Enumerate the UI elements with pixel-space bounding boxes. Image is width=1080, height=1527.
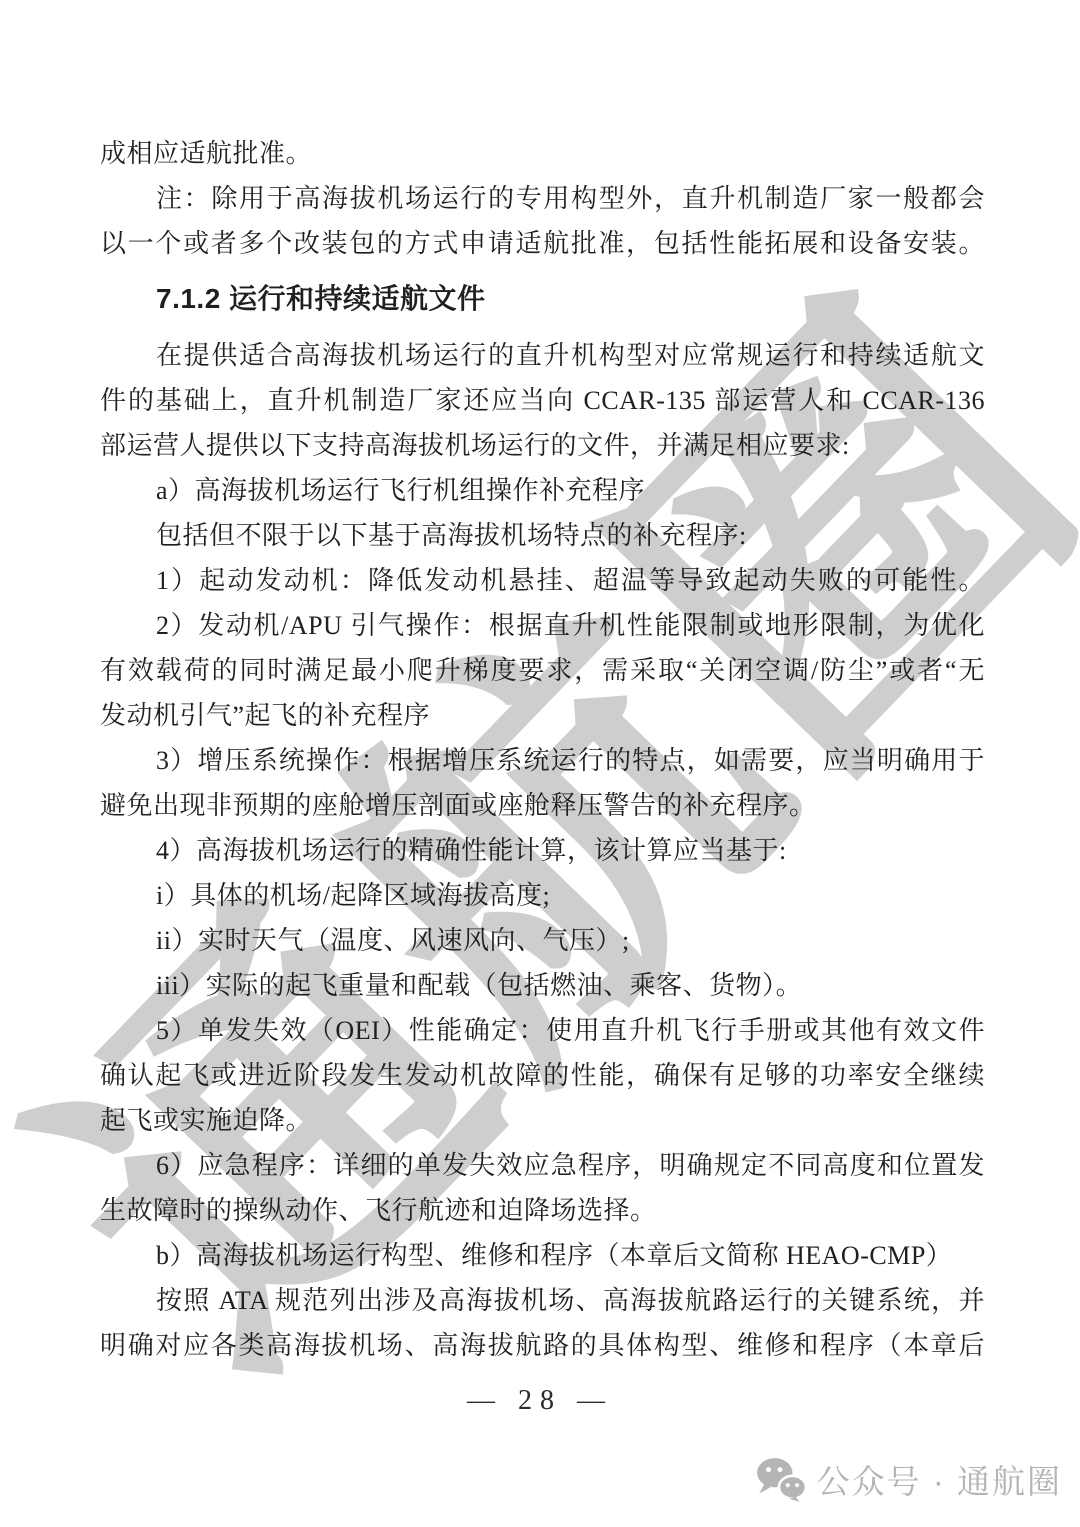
text-line: 注：除用于高海拔机场运行的专用构型外，直升机制造厂家一般都会 <box>100 176 985 221</box>
text-line: 包括但不限于以下基于高海拔机场特点的补充程序: <box>100 513 985 558</box>
text-line: i）具体的机场/起降区域海拔高度; <box>100 873 985 918</box>
footer-label: 公众号 · 通航圈 <box>817 1456 1062 1503</box>
text-line: 5）单发失效（OEI）性能确定：使用直升机飞行手册或其他有效文件 <box>100 1008 985 1053</box>
document-page: 通航圈 成相应适航批准。注：除用于高海拔机场运行的专用构型外，直升机制造厂家一般… <box>0 0 1080 1527</box>
text-line: 1）起动发动机：降低发动机悬挂、超温等导致起动失败的可能性。 <box>100 558 985 603</box>
text-line: iii）实际的起飞重量和配载（包括燃油、乘客、货物）。 <box>100 963 985 1008</box>
text-line: 有效载荷的同时满足最小爬升梯度要求，需采取“关闭空调/防尘”或者“无 <box>100 648 985 693</box>
text-line: 4）高海拔机场运行的精确性能计算，该计算应当基于: <box>100 828 985 873</box>
text-line: 发动机引气”起飞的补充程序 <box>100 693 985 738</box>
document-body: 成相应适航批准。注：除用于高海拔机场运行的专用构型外，直升机制造厂家一般都会以一… <box>100 131 985 1368</box>
text-line: 2）发动机/APU 引气操作：根据直升机性能限制或地形限制，为优化 <box>100 603 985 648</box>
page-number: — 28 — <box>0 1385 1080 1417</box>
footer-brand: 公众号 · 通航圈 <box>755 1456 1062 1503</box>
text-line: 部运营人提供以下支持高海拔机场运行的文件，并满足相应要求: <box>100 423 985 468</box>
wechat-icon <box>755 1457 807 1503</box>
text-line: a）高海拔机场运行飞行机组操作补充程序 <box>100 468 985 513</box>
text-line: 件的基础上，直升机制造厂家还应当向 CCAR-135 部运营人和 CCAR-13… <box>100 378 985 423</box>
text-line: 按照 ATA 规范列出涉及高海拔机场、高海拔航路运行的关键系统，并 <box>100 1278 985 1323</box>
text-line: 在提供适合高海拔机场运行的直升机构型对应常规运行和持续适航文 <box>100 333 985 378</box>
text-line: 避免出现非预期的座舱增压剖面或座舱释压警告的补充程序。 <box>100 783 985 828</box>
text-line: 起飞或实施迫降。 <box>100 1098 985 1143</box>
text-line: 生故障时的操纵动作、飞行航迹和迫降场选择。 <box>100 1188 985 1233</box>
text-line: b）高海拔机场运行构型、维修和程序（本章后文简称 HEAO-CMP） <box>100 1233 985 1278</box>
text-line: 确认起飞或进近阶段发生发动机故障的性能，确保有足够的功率安全继续 <box>100 1053 985 1098</box>
text-line: ii）实时天气（温度、风速风向、气压）; <box>100 918 985 963</box>
section-heading: 7.1.2 运行和持续适航文件 <box>100 276 985 321</box>
text-line: 明确对应各类高海拔机场、高海拔航路的具体构型、维修和程序（本章后 <box>100 1323 985 1368</box>
text-line: 成相应适航批准。 <box>100 131 985 176</box>
text-line: 6）应急程序：详细的单发失效应急程序，明确规定不同高度和位置发 <box>100 1143 985 1188</box>
text-line: 3）增压系统操作：根据增压系统运行的特点，如需要，应当明确用于 <box>100 738 985 783</box>
text-line: 以一个或者多个改装包的方式申请适航批准，包括性能拓展和设备安装。 <box>100 221 985 266</box>
